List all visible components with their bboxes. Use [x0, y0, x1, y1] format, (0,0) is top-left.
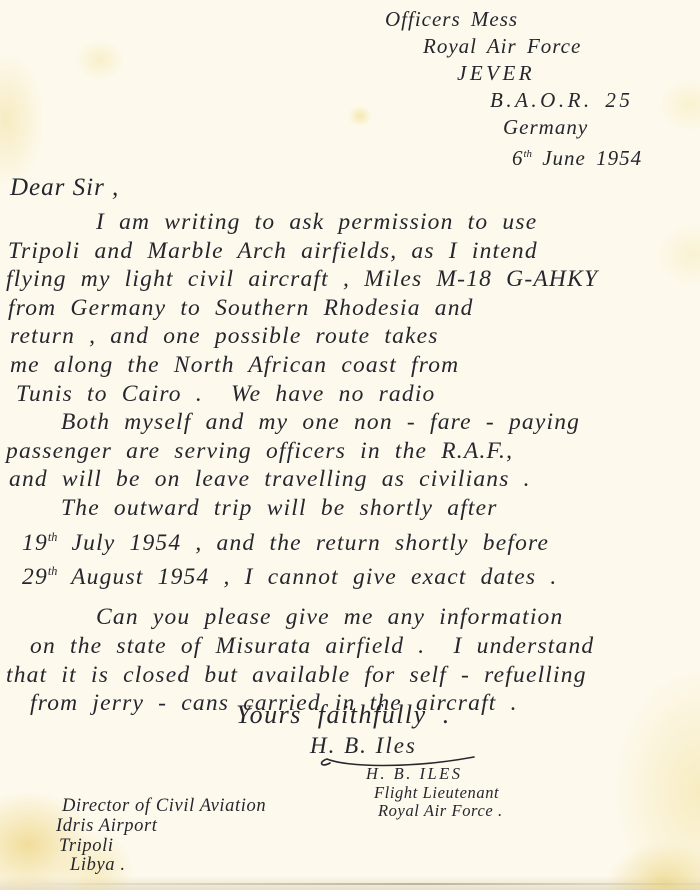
letter-line: flying my light civil aircraft , Miles M…: [6, 265, 598, 294]
letter-line: The outward trip will be shortly after: [61, 494, 598, 523]
recipient-line: Idris Airport: [56, 817, 266, 837]
letter-line: Tunis to Cairo . We have no radio: [16, 380, 598, 409]
letter-line: Can you please give me any information: [96, 603, 598, 632]
line-text: July 1954 , and the return shortly befor…: [57, 529, 549, 555]
recipient-address-block: Director of Civil Aviation Idris Airport…: [56, 797, 266, 876]
letter-paper: Officers Mess Royal Air Force JEVER B.A.…: [0, 0, 700, 890]
letter-line: Both myself and my one non - fare - payi…: [61, 408, 598, 437]
recipient-line: Tripoli: [59, 837, 266, 857]
closing-valediction: Yours faithfully .: [236, 700, 451, 730]
letter-line: passenger are serving officers in the R.…: [6, 437, 598, 466]
signature-block: H. B. ILES Flight Lieutenant Royal Air F…: [366, 765, 503, 821]
signature-rank: Flight Lieutenant: [374, 784, 503, 803]
letter-line: and will be on leave travelling as civil…: [9, 465, 598, 494]
sender-line: Royal Air Force: [423, 33, 642, 60]
line-text: 19: [22, 529, 48, 555]
sender-line: Germany: [503, 114, 642, 141]
line-text: August 1954 , I cannot give exact dates …: [57, 564, 557, 590]
letter-line: 19th July 1954 , and the return shortly …: [22, 523, 598, 557]
letter-line: Tripoli and Marble Arch airfields, as I …: [8, 237, 598, 266]
letter-line: return , and one possible route takes: [10, 322, 598, 351]
signature-printed-name: H. B. ILES: [366, 765, 503, 784]
line-text: 29: [22, 564, 48, 590]
sender-line: Officers Mess: [385, 6, 642, 33]
ordinal-suffix: th: [48, 564, 58, 578]
signature-force: Royal Air Force .: [378, 802, 503, 821]
sender-line: B.A.O.R. 25: [490, 87, 642, 114]
recipient-line: Director of Civil Aviation: [62, 797, 266, 817]
letter-line: I am writing to ask permission to use: [96, 208, 598, 237]
sender-line: JEVER: [457, 60, 642, 87]
ordinal-suffix: th: [524, 148, 532, 160]
letter-body: I am writing to ask permission to use Tr…: [6, 208, 598, 718]
letter-line: from Germany to Southern Rhodesia and: [8, 294, 598, 323]
letter-date: 6th June 1954: [512, 141, 642, 172]
letter-line: on the state of Misurata airfield . I un…: [30, 632, 598, 661]
sender-address-block: Officers Mess Royal Air Force JEVER B.A.…: [385, 6, 642, 172]
date-rest: June 1954: [532, 146, 642, 170]
letter-line: that it is closed but available for self…: [6, 661, 598, 690]
letter-line: 29th August 1954 , I cannot give exact d…: [22, 557, 598, 591]
date-day: 6: [512, 146, 524, 170]
ordinal-suffix: th: [48, 530, 58, 544]
salutation: Dear Sir ,: [10, 174, 119, 202]
letter-line: me along the North African coast from: [10, 351, 598, 380]
recipient-line: Libya .: [70, 856, 266, 876]
